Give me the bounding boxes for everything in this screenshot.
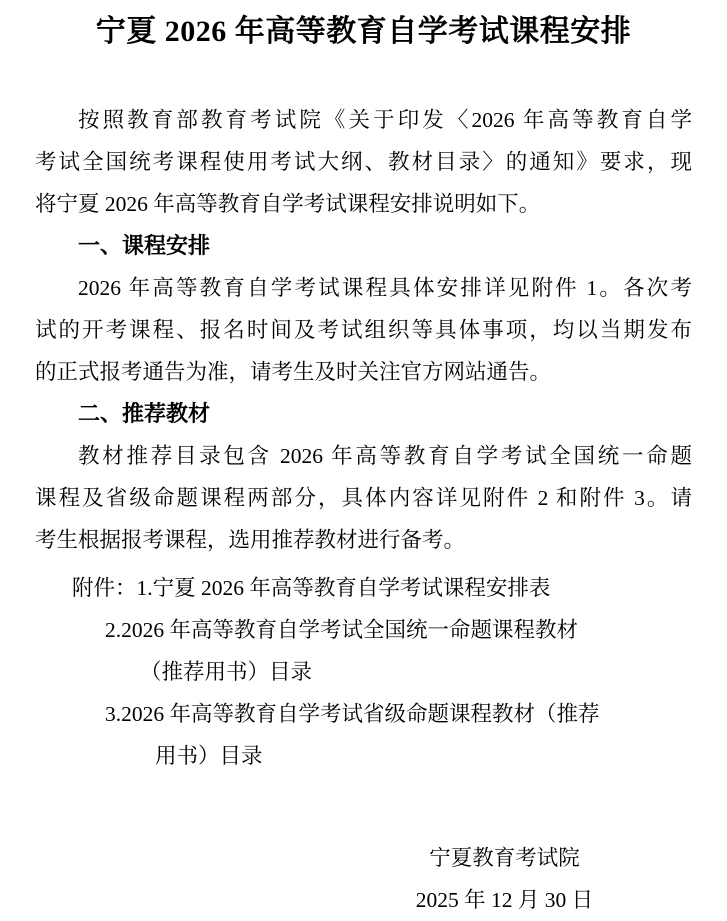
intro-paragraph-line-2: 考试全国统考课程使用考试大纲、教材目录〉的通知》要求，现 — [35, 141, 692, 183]
section1-paragraph-line-3: 的正式报考通告为准，请考生及时关注官方网站通告。 — [35, 351, 692, 393]
signature-date: 2025 年 12 月 30 日 — [292, 879, 717, 921]
intro-paragraph-line-3: 将宁夏 2026 年高等教育自学考试课程安排说明如下。 — [35, 183, 692, 225]
section1-heading: 一、课程安排 — [35, 225, 692, 267]
document-body: 按照教育部教育考试院《关于印发〈2026 年高等教育自学 考试全国统考课程使用考… — [35, 99, 692, 561]
section2-paragraph-line-1: 教材推荐目录包含 2026 年高等教育自学考试全国统一命题 — [35, 435, 692, 477]
document-title: 宁夏 2026 年高等教育自学考试课程安排 — [0, 0, 727, 50]
document-page: 宁夏 2026 年高等教育自学考试课程安排 按照教育部教育考试院《关于印发〈20… — [0, 0, 727, 921]
signature-issuer: 宁夏教育考试院 — [292, 837, 717, 879]
signature-block: 宁夏教育考试院 2025 年 12 月 30 日 — [292, 837, 717, 921]
section2-paragraph-line-3: 考生根据报考课程，选用推荐教材进行备考。 — [35, 519, 692, 561]
intro-paragraph-line-1: 按照教育部教育考试院《关于印发〈2026 年高等教育自学 — [35, 99, 692, 141]
section1-paragraph-line-2: 试的开考课程、报名时间及考试组织等具体事项，均以当期发布 — [35, 309, 692, 351]
attachment-item-1: 附件：1.宁夏 2026 年高等教育自学考试课程安排表 — [35, 567, 692, 609]
attachment-item-3-continuation: 用书）目录 — [35, 735, 692, 777]
attachments-list: 附件：1.宁夏 2026 年高等教育自学考试课程安排表 2.2026 年高等教育… — [35, 567, 692, 777]
attachment-item-2-continuation: （推荐用书）目录 — [35, 651, 692, 693]
attachment-item-2: 2.2026 年高等教育自学考试全国统一命题课程教材 — [35, 609, 692, 651]
section2-paragraph-line-2: 课程及省级命题课程两部分，具体内容详见附件 2 和附件 3。请 — [35, 477, 692, 519]
attachments-label: 附件： — [72, 576, 137, 600]
section2-heading: 二、推荐教材 — [35, 393, 692, 435]
attachment-item-3: 3.2026 年高等教育自学考试省级命题课程教材（推荐 — [35, 693, 692, 735]
attachment-item-1-text: 1.宁夏 2026 年高等教育自学考试课程安排表 — [137, 576, 551, 600]
section1-paragraph-line-1: 2026 年高等教育自学考试课程具体安排详见附件 1。各次考 — [35, 267, 692, 309]
